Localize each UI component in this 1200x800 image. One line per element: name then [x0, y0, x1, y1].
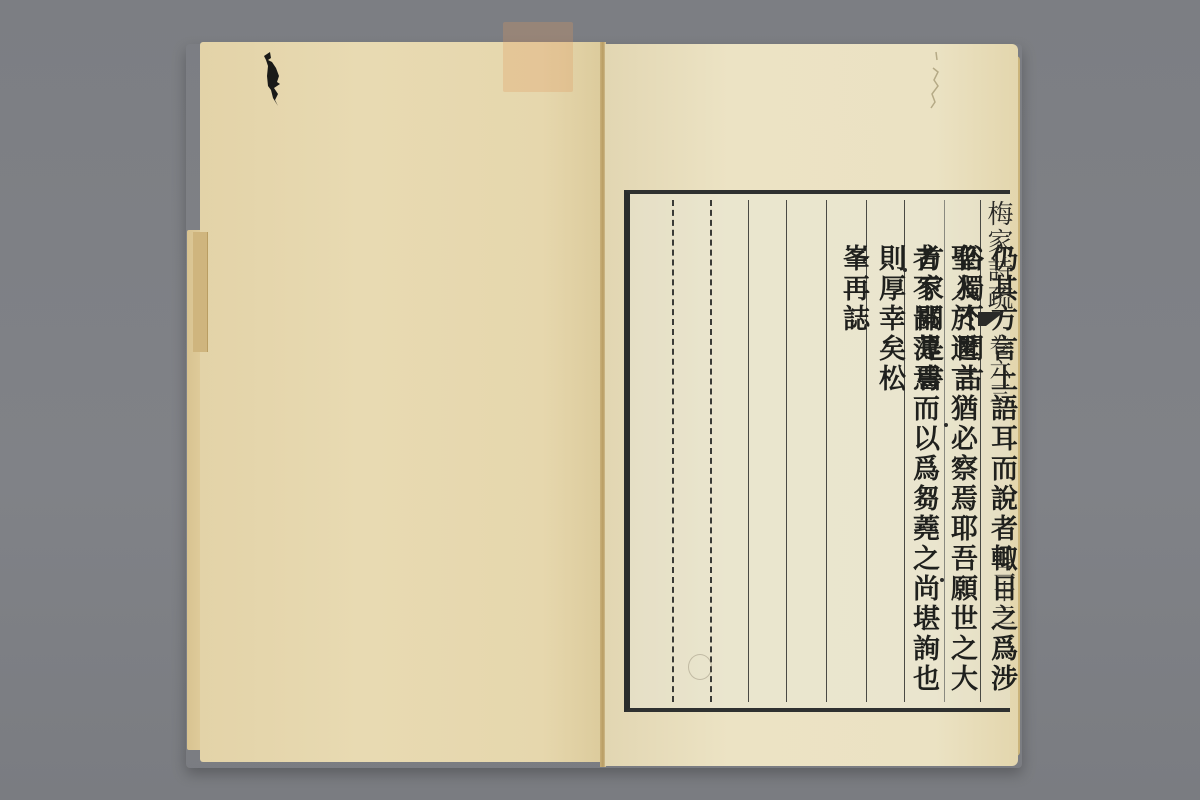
printed-text-frame: 峯再誌 者不鄙薄焉而以爲芻蕘之尚堪詢也則厚幸矣松 聖人於邇言猶必察焉耶吾願世之大… — [624, 190, 1010, 712]
column-rule — [786, 200, 787, 702]
ink-stain-icon — [262, 48, 284, 108]
left-page — [200, 42, 603, 762]
column-rule — [710, 200, 712, 702]
show-through-mark-icon — [926, 50, 946, 110]
punctuation-dot — [903, 268, 907, 272]
folio-number: 三十三 — [987, 556, 1018, 628]
column-rule — [748, 200, 749, 702]
faded-seal-stamp — [503, 22, 573, 92]
column-rule — [672, 200, 674, 702]
fishtail-mark-icon — [976, 310, 1006, 328]
text-column-4: 峯再誌 — [836, 244, 870, 334]
book-title: 梅家詩疏 — [983, 200, 1013, 312]
banxin-title: 梅家詩疏 — [985, 200, 1011, 312]
left-page-paper-tab — [193, 232, 208, 352]
punctuation-dot — [940, 578, 944, 582]
circle-mark — [688, 654, 712, 680]
punctuation-dot — [944, 423, 948, 427]
column-rule — [826, 200, 827, 702]
volume-label: 卷六三 — [986, 334, 1011, 406]
banxin-volume: 卷六三 — [985, 334, 1011, 406]
